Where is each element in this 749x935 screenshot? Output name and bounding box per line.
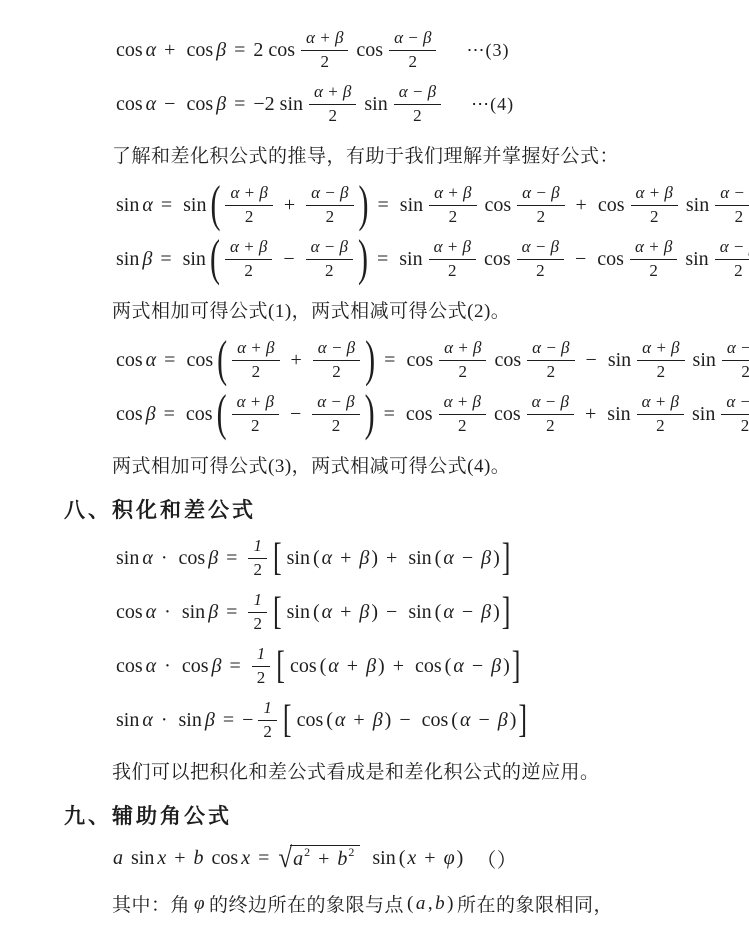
group-content: sin(α+β)−sin(α−β) [283, 601, 501, 624]
math-fn: sin [686, 194, 709, 217]
math-op: = [384, 403, 395, 426]
formula-cos-beta-expansion: cosβ=cos(α + β2−α − β2)=cosα + β2cosα − … [112, 388, 721, 440]
group-content: α + β2−α − β2 [228, 392, 364, 435]
math-cn: 所在的象限相同， [457, 890, 613, 917]
math-op: = [164, 349, 175, 372]
open-delimiter: ( [209, 180, 221, 231]
math-op: − [478, 709, 489, 732]
math-var: α [146, 601, 157, 624]
math-fn: sin [116, 194, 139, 217]
math-op: + [284, 194, 295, 217]
math-d: ( [445, 655, 452, 678]
math-op: + [340, 547, 351, 570]
group-content: cos(α+β)−cos(α−β) [293, 709, 518, 732]
math-frac: α + β2 [630, 237, 677, 280]
math-op: + [318, 848, 329, 871]
math-op: · [164, 655, 171, 678]
fraction-denominator: 2 [459, 361, 468, 382]
math-op: = [378, 194, 389, 217]
math-op: − [290, 403, 301, 426]
math-frac: α + β2 [439, 392, 486, 435]
fraction-denominator: 2 [253, 613, 262, 634]
math-op: − [575, 248, 586, 271]
math-fn: sin [182, 601, 205, 624]
fraction-numerator: α − β [313, 338, 360, 361]
math-frac: α − β2 [312, 392, 359, 435]
math-fn: cos [116, 349, 143, 372]
math-d: , [428, 893, 433, 915]
math-fn: sin [692, 403, 715, 426]
fraction-numerator: α + β [232, 338, 279, 361]
math-op: · [161, 547, 168, 570]
math-fn: cos [186, 403, 213, 426]
math-tail: ⋯(3) [466, 40, 509, 61]
math-op: = [384, 349, 395, 372]
math-var: a [113, 847, 123, 870]
open-delimiter: [ [275, 647, 286, 686]
fraction-numerator: α − β [312, 392, 359, 415]
close-delimiter: ) [364, 389, 376, 440]
math-var: φ [194, 893, 205, 915]
math-var: a [416, 893, 426, 915]
math-num: 2 [253, 39, 263, 62]
math-fn: sin [607, 403, 630, 426]
math-d: ) [503, 655, 510, 678]
fraction-denominator: 2 [320, 51, 329, 72]
math-frac: α − β2 [527, 392, 574, 435]
math-cn: 其中：角 [112, 890, 190, 917]
math-op: + [353, 709, 364, 732]
fraction-numerator: α − β [721, 392, 749, 415]
fraction-numerator: α − β [527, 392, 574, 415]
math-var: β [216, 93, 226, 116]
math-var: α [146, 39, 157, 62]
fraction-denominator: 2 [252, 361, 261, 382]
fraction-numerator: α + β [429, 237, 476, 260]
math-var: β [373, 709, 383, 732]
math-op: · [161, 709, 168, 732]
math-num: −2 [253, 93, 274, 116]
math-frac: α − β2 [715, 183, 749, 226]
math-frac: α + β2 [232, 392, 279, 435]
fraction-denominator: 2 [735, 206, 744, 227]
close-delimiter: ] [511, 647, 522, 686]
page-content: cosα+cosβ=2cosα + β2cosα − β2⋯(3)cosα−co… [112, 24, 721, 917]
math-var: β [142, 248, 152, 271]
fraction-denominator: 2 [409, 51, 418, 72]
fraction-numerator: α + β [439, 338, 486, 361]
math-frac: α + β2 [429, 183, 476, 226]
math-fn: cos [356, 39, 383, 62]
math-d: ) [493, 601, 500, 624]
math-d: ) [371, 601, 378, 624]
math-fn: sin [408, 547, 431, 570]
math-op: = [226, 601, 237, 624]
math-d: ( [451, 709, 458, 732]
formula-cosa-cosb: cosα·cosβ=12[cos(α+β)+cos(α−β)] [112, 640, 721, 692]
math-frac: α − β2 [306, 237, 353, 280]
math-op: − [586, 349, 597, 372]
math-fn: cos [597, 248, 624, 271]
fraction-numerator: α − β [517, 237, 564, 260]
fraction-denominator: 2 [449, 206, 458, 227]
math-op: + [291, 349, 302, 372]
close-delimiter: ) [358, 180, 370, 231]
math-op: + [386, 547, 397, 570]
fraction-denominator: 2 [326, 206, 335, 227]
math-d: ( [313, 547, 320, 570]
math-op: = [226, 547, 237, 570]
math-frac: α + β2 [439, 338, 486, 381]
fraction-numerator: α − β [527, 338, 574, 361]
math-frac: α + β2 [225, 183, 272, 226]
math-fn: cos [179, 547, 206, 570]
fraction-denominator: 2 [741, 415, 749, 436]
math-op: + [164, 39, 175, 62]
math-d: ) [385, 709, 392, 732]
open-delimiter: [ [272, 593, 283, 632]
math-d: ) [457, 847, 464, 870]
math-fn: cos [182, 655, 209, 678]
math-var: α [146, 655, 157, 678]
math-var: β [205, 709, 215, 732]
radical-icon: √ [278, 844, 292, 873]
math-var: β [208, 547, 218, 570]
fraction-numerator: α + β [309, 82, 356, 105]
math-frac: 12 [248, 590, 267, 633]
math-op: + [424, 847, 435, 870]
math-op: − [283, 248, 294, 271]
fraction-denominator: 2 [328, 105, 337, 126]
open-delimiter: [ [272, 539, 283, 578]
math-frac: α + β2 [637, 392, 684, 435]
math-var: α [146, 349, 157, 372]
math-paren: (α + β2−α − β2) [209, 237, 369, 280]
math-var: β [491, 655, 501, 678]
math-op: = [234, 39, 245, 62]
math-d: ( [399, 847, 406, 870]
math-op: + [585, 403, 596, 426]
math-op: − [462, 601, 473, 624]
math-op: + [393, 655, 404, 678]
math-fn: cos [485, 194, 512, 217]
fraction-numerator: 1 [258, 698, 277, 721]
math-op: = [160, 248, 171, 271]
fraction-numerator: 1 [252, 644, 271, 667]
radicand: a2+b2 [290, 845, 360, 871]
heading-product-to-sum: 八、积化和差公式 [64, 494, 721, 524]
math-paren: (α + β2−α − β2) [216, 392, 376, 435]
fraction-numerator: α + β [301, 28, 348, 51]
fraction-denominator: 2 [245, 206, 254, 227]
math-op: − [164, 93, 175, 116]
math-fn: sin [400, 194, 423, 217]
math-fn: cos [484, 248, 511, 271]
math-fn: sin [116, 547, 139, 570]
math-var: x [407, 847, 416, 870]
math-d: ( [320, 655, 327, 678]
math-fn: sin [116, 709, 139, 732]
formula-cos-alpha-expansion: cosα=cos(α + β2+α − β2)=cosα + β2cosα − … [112, 334, 721, 386]
fraction-numerator: α + β [637, 338, 684, 361]
math-d: ) [447, 893, 454, 915]
math-var: α [142, 547, 153, 570]
math-fn: cos [268, 39, 295, 62]
math-op: − [462, 547, 473, 570]
math-frac: 12 [258, 698, 277, 741]
math-fn: sin [116, 248, 139, 271]
math-frac: 12 [248, 536, 267, 579]
math-brack: [cos(α+β)−cos(α−β)] [282, 707, 528, 733]
math-fn: sin [179, 709, 202, 732]
math-fn: sin [408, 601, 431, 624]
math-fn: sin [183, 248, 206, 271]
math-fn: sin [399, 248, 422, 271]
math-op: = [258, 847, 269, 870]
math-var: b [435, 893, 445, 915]
math-fn: sin [364, 93, 387, 116]
math-var: α [443, 547, 454, 570]
math-frac: α − β2 [527, 338, 574, 381]
math-var: α [142, 194, 153, 217]
fraction-denominator: 2 [547, 361, 556, 382]
close-delimiter: ) [357, 234, 369, 285]
fraction-denominator: 2 [448, 260, 457, 281]
math-var: α [322, 601, 333, 624]
math-frac: 12 [252, 644, 271, 687]
formula-auxiliary-angle: asinx+bcosx=√a2+b2sin(x+φ)（） [112, 838, 721, 878]
math-op: = [223, 709, 234, 732]
math-fn: cos [406, 349, 433, 372]
math-op: − [399, 709, 410, 732]
fraction-denominator: 2 [734, 260, 743, 281]
formula-sina-sinb: sinα·sinβ=−12[cos(α+β)−cos(α−β)] [112, 694, 721, 746]
math-op: − [386, 601, 397, 624]
math-frac: α − β2 [306, 183, 353, 226]
math-fn: cos [494, 349, 521, 372]
formula-sin-alpha-expansion: sinα=sin(α + β2+α − β2)=sinα + β2cosα − … [112, 179, 721, 231]
math-var: α [322, 547, 333, 570]
math-d: ( [313, 601, 320, 624]
math-var: α [142, 709, 153, 732]
math-fn: cos [186, 349, 213, 372]
para-phi-quadrant-note: 其中：角φ的终边所在的象限与点(a,b)所在的象限相同， [112, 890, 721, 917]
fraction-denominator: 2 [657, 361, 666, 382]
math-var: β [359, 547, 369, 570]
math-op: = [234, 93, 245, 116]
close-delimiter: ) [364, 335, 376, 386]
open-delimiter: [ [282, 701, 293, 740]
math-frac: α + β2 [301, 28, 348, 71]
math-var: φ [444, 847, 455, 870]
math-brack: [sin(α+β)+sin(α−β)] [272, 545, 512, 571]
math-var: a [293, 848, 303, 871]
math-frac: α − β2 [715, 237, 749, 280]
math-d: ) [378, 655, 385, 678]
math-fn: cos [116, 403, 143, 426]
math-frac: α + β2 [309, 82, 356, 125]
math-var: β [481, 601, 491, 624]
fraction-denominator: 2 [536, 260, 545, 281]
math-d: ) [493, 547, 500, 570]
fraction-denominator: 2 [656, 415, 665, 436]
math-op: = [161, 194, 172, 217]
math-fn: sin [287, 601, 310, 624]
formula-cosa-sinb: cosα·sinβ=12[sin(α+β)−sin(α−β)] [112, 586, 721, 638]
math-fn: cos [116, 655, 143, 678]
fraction-denominator: 2 [741, 361, 749, 382]
formula-sin-beta-expansion: sinβ=sin(α + β2−α − β2)=sinα + β2cosα − … [112, 233, 721, 285]
math-var: α [453, 655, 464, 678]
fraction-denominator: 2 [537, 206, 546, 227]
fraction-numerator: α + β [637, 392, 684, 415]
math-d: ( [435, 547, 442, 570]
fraction-denominator: 2 [251, 415, 260, 436]
math-frac: α − β2 [722, 338, 749, 381]
math-frac: α + β2 [631, 183, 678, 226]
fraction-numerator: α + β [225, 237, 272, 260]
fraction-denominator: 2 [244, 260, 253, 281]
math-tail: ⋯(4) [471, 94, 514, 115]
fraction-numerator: α + β [631, 183, 678, 206]
para-add-subtract-formulas-1-2: 两式相加可得公式(1)，两式相减可得公式(2)。 [112, 296, 721, 323]
math-fn: cos [494, 403, 521, 426]
group-content: α + β2−α − β2 [221, 237, 357, 280]
math-d: ( [435, 601, 442, 624]
math-var: α [460, 709, 471, 732]
document-page: cosα+cosβ=2cosα + β2cosα − β2⋯(3)cosα−co… [0, 0, 749, 917]
math-var: β [498, 709, 508, 732]
fraction-denominator: 2 [332, 361, 341, 382]
math-d: ) [371, 547, 378, 570]
math-op: = [377, 248, 388, 271]
math-sup: 2 [304, 845, 310, 860]
math-var: β [481, 547, 491, 570]
heading-auxiliary-angle: 九、辅助角公式 [64, 800, 721, 830]
math-fn: cos [186, 39, 213, 62]
math-var: α [335, 709, 346, 732]
math-fn: sin [287, 547, 310, 570]
math-fn: cos [212, 847, 239, 870]
math-fn: cos [406, 403, 433, 426]
fraction-numerator: α + β [225, 183, 272, 206]
math-frac: α + β2 [429, 237, 476, 280]
math-frac: α − β2 [721, 392, 749, 435]
math-var: α [328, 655, 339, 678]
fraction-denominator: 2 [253, 559, 262, 580]
math-var: α [443, 601, 454, 624]
math-d: ) [510, 709, 517, 732]
math-fn: cos [116, 601, 143, 624]
math-fn: cos [598, 194, 625, 217]
formula-sina-cosb: sinα·cosβ=12[sin(α+β)+sin(α−β)] [112, 532, 721, 584]
math-op: + [340, 601, 351, 624]
math-fn: cos [116, 39, 143, 62]
close-delimiter: ] [501, 593, 512, 632]
fraction-denominator: 2 [650, 206, 659, 227]
group-content: α + β2+α − β2 [228, 338, 364, 381]
math-op: + [576, 194, 587, 217]
math-op: · [164, 601, 171, 624]
fraction-numerator: α − β [715, 183, 749, 206]
math-brack: [sin(α+β)−sin(α−β)] [272, 599, 512, 625]
math-fn: sin [131, 847, 154, 870]
fraction-numerator: α − β [394, 82, 441, 105]
math-var: β [366, 655, 376, 678]
fraction-numerator: α + β [439, 392, 486, 415]
math-frac: α − β2 [313, 338, 360, 381]
math-d: ( [326, 709, 333, 732]
math-fn: sin [372, 847, 395, 870]
math-fn: sin [608, 349, 631, 372]
math-fn: cos [422, 709, 449, 732]
fraction-numerator: α − β [517, 183, 564, 206]
close-delimiter: ] [517, 701, 528, 740]
math-fn: cos [290, 655, 317, 678]
math-fn: cos [186, 93, 213, 116]
math-var: β [216, 39, 226, 62]
formula-cos-sum-to-product-3: cosα+cosβ=2cosα + β2cosα − β2⋯(3) [112, 24, 721, 76]
math-fn: sin [685, 248, 708, 271]
close-delimiter: ] [501, 539, 512, 578]
group-content: sin(α+β)+sin(α−β) [283, 547, 501, 570]
fraction-numerator: α − β [306, 237, 353, 260]
fraction-denominator: 2 [325, 260, 334, 281]
math-fn: sin [183, 194, 206, 217]
fraction-numerator: α − β [715, 237, 749, 260]
math-fn: cos [116, 93, 143, 116]
fraction-denominator: 2 [257, 667, 266, 688]
math-fn: cos [415, 655, 442, 678]
math-paren: (α + β2+α − β2) [209, 183, 369, 226]
math-op: + [174, 847, 185, 870]
math-frac: α − β2 [517, 183, 564, 226]
math-brack: [cos(α+β)+cos(α−β)] [275, 653, 521, 679]
math-frac: α + β2 [225, 237, 272, 280]
math-frac: α + β2 [232, 338, 279, 381]
group-content: α + β2+α − β2 [221, 183, 357, 226]
math-var: x [157, 847, 166, 870]
fraction-denominator: 2 [458, 415, 467, 436]
fraction-numerator: α − β [722, 338, 749, 361]
group-content: cos(α+β)+cos(α−β) [286, 655, 511, 678]
math-frac: α + β2 [637, 338, 684, 381]
math-op: = [229, 655, 240, 678]
para-derivation-intro: 了解和差化积公式的推导，有助于我们理解并掌握好公式： [112, 141, 721, 168]
math-var: b [194, 847, 204, 870]
math-fn: sin [693, 349, 716, 372]
fraction-numerator: α + β [232, 392, 279, 415]
formula-cos-diff-to-product-4: cosα−cosβ=−2sinα + β2sinα − β2⋯(4) [112, 78, 721, 130]
math-frac: α − β2 [517, 237, 564, 280]
fraction-numerator: α − β [389, 28, 436, 51]
math-cn: 的终边所在的象限与点 [209, 890, 404, 917]
math-sqrt: √a2+b2 [278, 845, 360, 871]
math-op: − [472, 655, 483, 678]
math-var: x [241, 847, 250, 870]
math-frac: α − β2 [389, 28, 436, 71]
math-var: α [146, 93, 157, 116]
fraction-numerator: α + β [429, 183, 476, 206]
math-frac: α − β2 [394, 82, 441, 125]
math-var: β [212, 655, 222, 678]
math-fn: sin [280, 93, 303, 116]
math-d: ( [407, 893, 414, 915]
math-num: − [242, 709, 253, 732]
math-sup: 2 [348, 845, 354, 860]
math-var: β [359, 601, 369, 624]
open-delimiter: ( [209, 234, 221, 285]
